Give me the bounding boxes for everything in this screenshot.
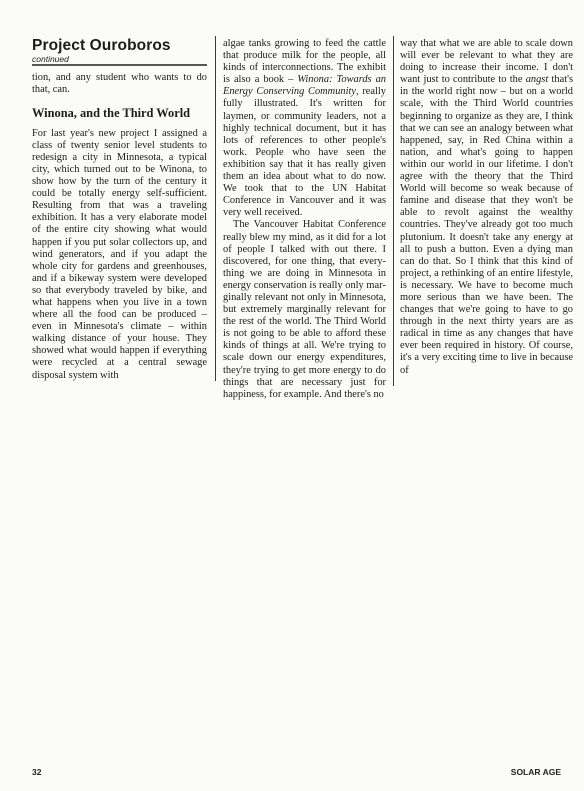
column-2: algae tanks growing to feed the cattle t… <box>223 38 386 401</box>
paragraph-text: , really fully illustrated. It's written… <box>223 86 386 218</box>
column-3: way that what we are able to scale down … <box>400 38 573 377</box>
italic-word: angst <box>526 74 549 85</box>
article-title: Project Ouroboros <box>32 37 207 54</box>
magazine-page: Project Ouroboros continued tion, and an… <box>0 0 584 791</box>
continued-paragraph: tion, and any student who wants to do th… <box>32 72 207 96</box>
column-divider <box>393 36 394 386</box>
header-rule <box>32 64 207 66</box>
paragraph: algae tanks growing to feed the cattle t… <box>223 38 386 219</box>
paragraph-text: that's in the world right now – but on a… <box>400 74 573 375</box>
article-subtitle: continued <box>32 54 207 64</box>
column-1: Project Ouroboros continued tion, and an… <box>32 37 207 382</box>
paragraph: For last year's new project I assigned a… <box>32 128 207 382</box>
paragraph: The Vancouver Habitat Conference really … <box>223 219 386 400</box>
page-number: 32 <box>32 767 41 777</box>
publication-name: SOLAR AGE <box>511 767 561 777</box>
section-heading: Winona, and the Third World <box>32 106 207 120</box>
column-divider <box>215 36 216 381</box>
paragraph: way that what we are able to scale down … <box>400 38 573 377</box>
